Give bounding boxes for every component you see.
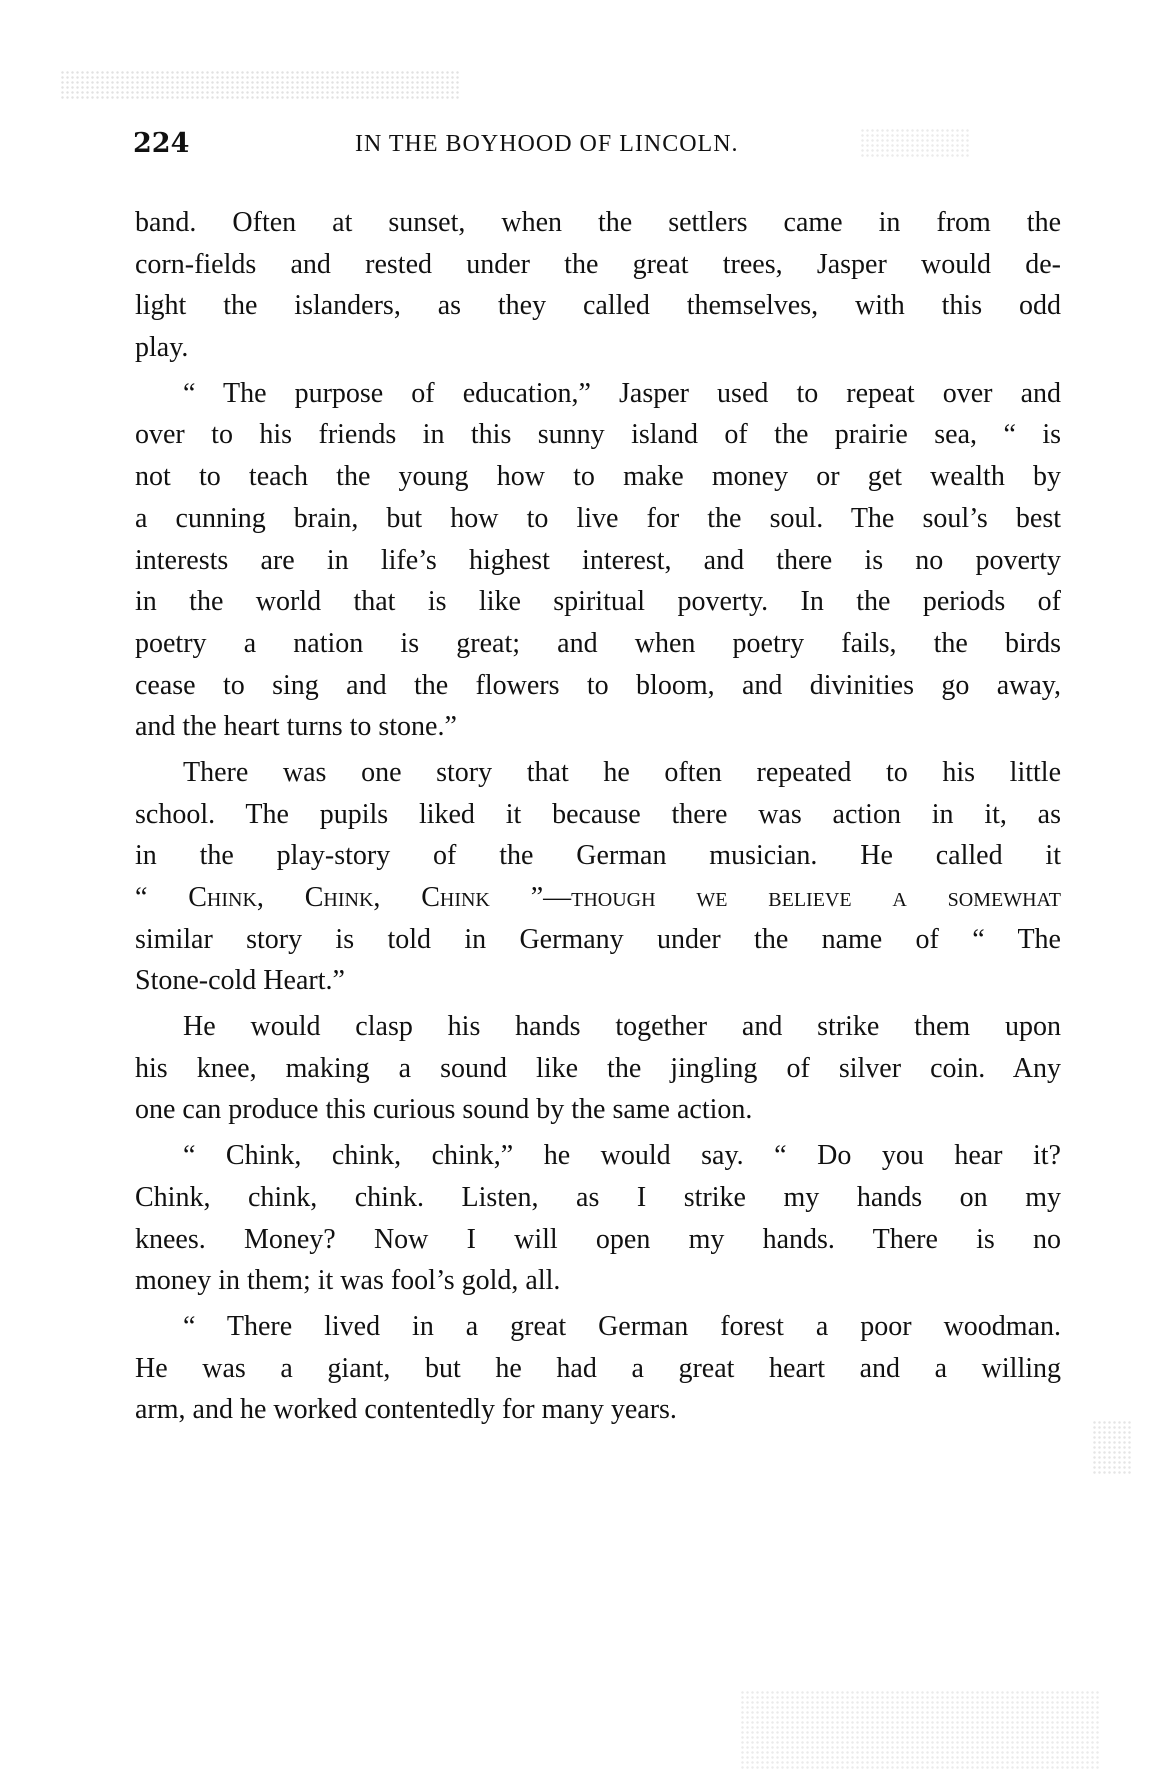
text-line: “ There lived in a great German forest a… (135, 1306, 1061, 1348)
text-line: over to his friends in this sunny island… (135, 414, 1061, 456)
page-number: 224 (133, 128, 189, 159)
book-page: 224 IN THE BOYHOOD OF LINCOLN. band. Oft… (0, 0, 1159, 1783)
text-line: poetry a nation is great; and when poetr… (135, 623, 1061, 665)
text-line: He was a giant, but he had a great heart… (135, 1348, 1061, 1390)
text-line: play. (135, 327, 1061, 369)
text-line: school. The pupils liked it because ther… (135, 794, 1061, 836)
text-line: knees. Money? Now I will open my hands. … (135, 1219, 1061, 1261)
text-line-story-title: “ Chink, Chink, Chink ”—though we believ… (135, 877, 1061, 919)
text-line: corn-fields and rested under the great t… (135, 244, 1061, 286)
text-line: and the heart turns to stone.” (135, 706, 1061, 748)
text-line: arm, and he worked contentedly for many … (135, 1389, 1061, 1431)
text-line: similar story is told in Germany under t… (135, 919, 1061, 961)
text-line: not to teach the young how to make money… (135, 456, 1061, 498)
text-line: money in them; it was fool’s gold, all. (135, 1260, 1061, 1302)
paragraph: “ There lived in a great German forest a… (135, 1306, 1061, 1431)
paragraph: “ Chink, chink, chink,” he would say. “ … (135, 1135, 1061, 1302)
scan-noise-margin (1092, 1420, 1132, 1475)
paragraph: “ The purpose of education,” Jasper used… (135, 373, 1061, 748)
text-line: Stone-cold Heart.” (135, 960, 1061, 1002)
text-line: in the world that is like spiritual pove… (135, 581, 1061, 623)
paragraph: There was one story that he often repeat… (135, 752, 1061, 1002)
text-line: one can produce this curious sound by th… (135, 1089, 1061, 1131)
scan-noise-top (60, 70, 460, 100)
text-line: a cunning brain, but how to live for the… (135, 498, 1061, 540)
paragraph: He would clasp his hands together and st… (135, 1006, 1061, 1131)
text-line: There was one story that he often repeat… (135, 752, 1061, 794)
text-line: his knee, making a sound like the jingli… (135, 1048, 1061, 1090)
text-line: “ The purpose of education,” Jasper used… (135, 373, 1061, 415)
running-header: 224 IN THE BOYHOOD OF LINCOLN. (133, 128, 1063, 168)
running-title: IN THE BOYHOOD OF LINCOLN. (355, 131, 739, 158)
text-line: “ Chink, chink, chink,” he would say. “ … (135, 1135, 1061, 1177)
text-line: interests are in life’s highest interest… (135, 540, 1061, 582)
text-line: light the islanders, as they called them… (135, 285, 1061, 327)
text-line: band. Often at sunset, when the settlers… (135, 202, 1061, 244)
text-line: Chink, chink, chink. Listen, as I strike… (135, 1177, 1061, 1219)
scan-noise-bottom (740, 1690, 1100, 1770)
paragraph: band. Often at sunset, when the settlers… (135, 202, 1061, 369)
text-line: cease to sing and the flowers to bloom, … (135, 665, 1061, 707)
text-line: in the play-story of the German musician… (135, 835, 1061, 877)
body-text: band. Often at sunset, when the settlers… (135, 202, 1061, 1431)
text-line: He would clasp his hands together and st… (135, 1006, 1061, 1048)
